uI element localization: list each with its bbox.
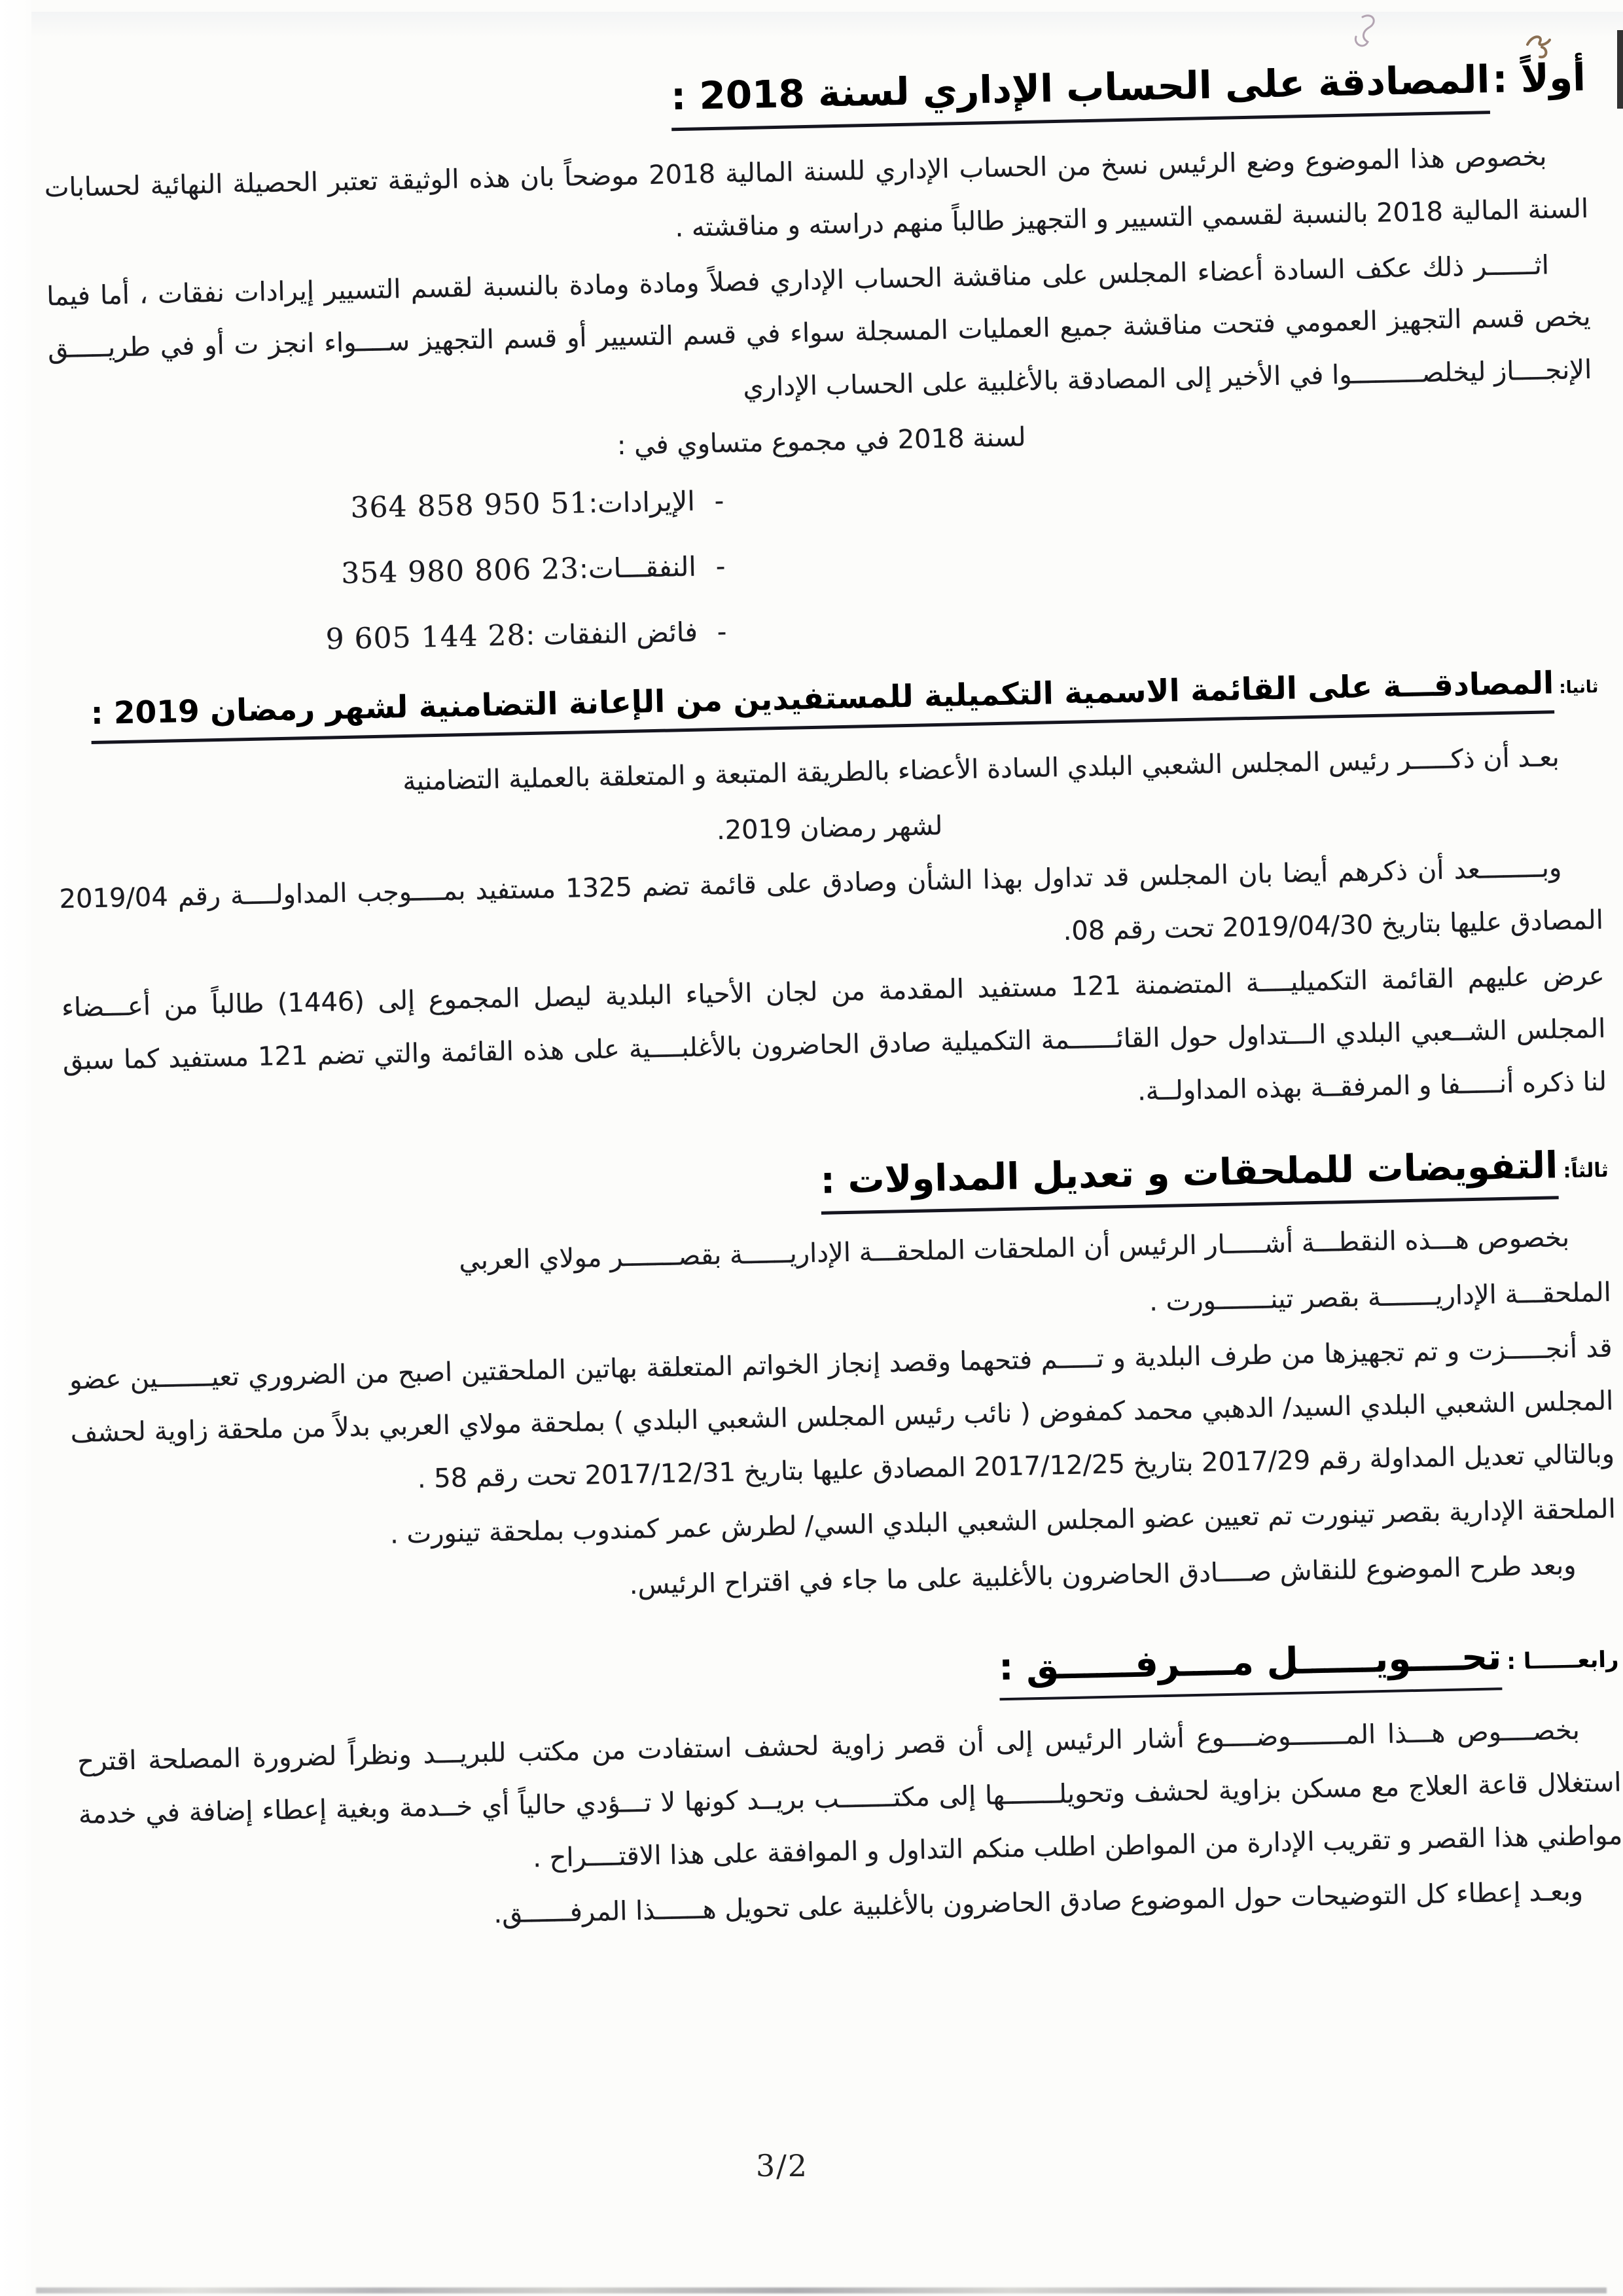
list-dash: - [717, 619, 726, 645]
section-1-heading: أولاً :المصادقة على الحساب الإداري لسنة … [43, 55, 1586, 132]
scan-right-edge-mark [1617, 30, 1623, 109]
pen-curl-mark [1343, 9, 1385, 58]
list-item-label: الإيرادات: [588, 488, 695, 516]
scan-left-edge [0, 0, 31, 2296]
list-item-amount: 9 605 144 28 [325, 621, 526, 654]
section-2-label: ثانيا: [1559, 677, 1599, 698]
list-item-surplus: - فائض النفقات : 9 605 144 28 [54, 617, 727, 660]
section-1-label: أولاً : [1492, 55, 1586, 101]
list-item-amount: 364 858 950 51 [350, 489, 589, 523]
section-2-heading: ثانيا:المصادقـــة على القائمة الاسمية ال… [55, 664, 1599, 732]
paragraph: قد أنجـــــزت و تم تجهيزها من طرف البلدي… [69, 1322, 1615, 1513]
list-item-revenues: - الإيرادات: 364 858 950 51 [51, 486, 724, 529]
section-1-title: المصادقة على الحساب الإداري لسنة 2018 : [670, 57, 1490, 131]
scanned-document-page: أولاً :المصادقة على الحساب الإداري لسنة … [0, 0, 1623, 2296]
section-3-title: التفويضات للملحقات و تعديل المداولات : [820, 1145, 1559, 1215]
section-4-label: رابعــــــا : [1507, 1646, 1619, 1675]
scan-bottom-edge [36, 2287, 1607, 2293]
section-3-heading: ثالثاً:التفويضات للملحقات و تعديل المداو… [65, 1143, 1609, 1218]
section-4-title: تحــــويــــــل مــــرفــــــق : [998, 1636, 1502, 1700]
paragraph: بخصــــوص هـــذا المـــــــوضــــوع أشار… [77, 1703, 1623, 1894]
document-content: أولاً :المصادقة على الحساب الإداري لسنة … [42, 50, 1623, 1952]
page-number: 3/2 [0, 2148, 1564, 2183]
section-2-title: المصادقـــة على القائمة الاسمية التكميلي… [90, 665, 1554, 744]
list-item-expenses: - النفقـــات: 354 980 806 23 [52, 551, 726, 594]
list-item-label: فائض النفقات : [526, 619, 698, 649]
financial-totals-list: - الإيرادات: 364 858 950 51 - النفقـــات… [51, 468, 1597, 660]
paragraph: اثــــــر ذلك عكف السادة أعضاء المجلس عل… [46, 238, 1593, 429]
list-item-amount: 354 980 806 23 [341, 554, 580, 588]
list-dash: - [715, 553, 725, 579]
list-dash: - [714, 488, 724, 514]
paragraph: عرض عليهم القائمة التكميليــــة المتضمنة… [61, 950, 1607, 1141]
section-4-heading: رابعــــــا :تحــــويــــــل مــــرفــــ… [75, 1633, 1619, 1708]
section-3-label: ثالثاً: [1563, 1159, 1609, 1183]
list-item-label: النفقـــات: [579, 553, 697, 583]
